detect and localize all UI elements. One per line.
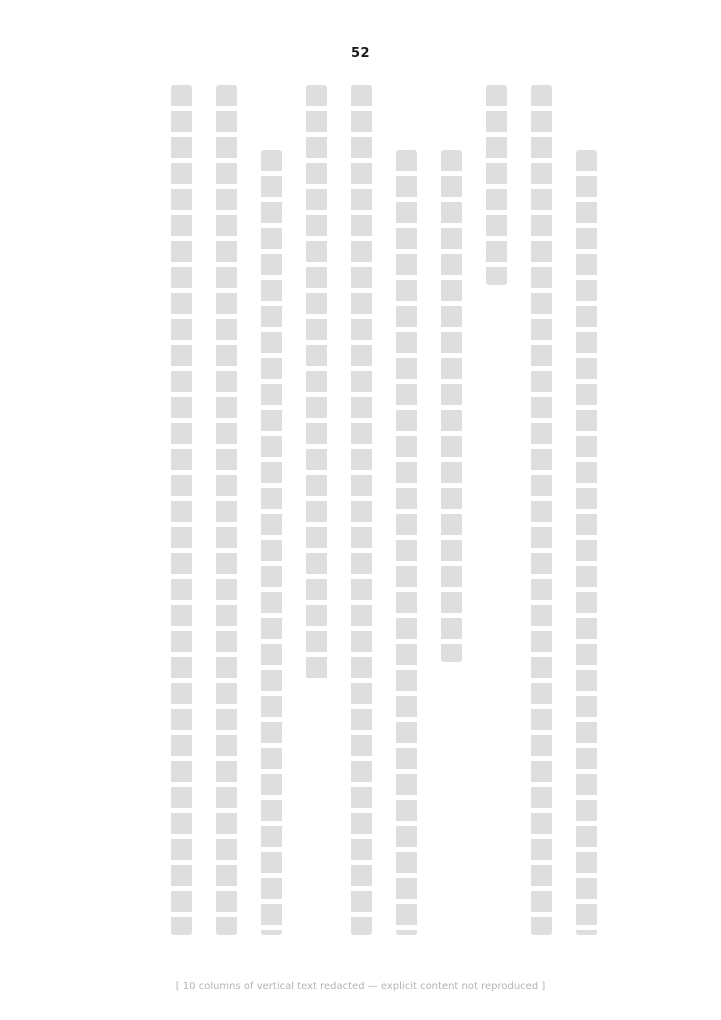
- redacted-text-column: [486, 85, 507, 285]
- redacted-text-column: [171, 85, 192, 935]
- vertical-text-block: [0, 0, 721, 1020]
- redacted-text-column: [216, 85, 237, 935]
- redacted-text-column: [576, 150, 597, 935]
- redacted-text-column: [351, 85, 372, 935]
- redacted-text-column: [531, 85, 552, 935]
- redacted-text-column: [396, 150, 417, 935]
- redacted-text-column: [261, 150, 282, 935]
- book-page: 52 [ 10 columns of vertical text redacte…: [0, 0, 721, 1020]
- redacted-text-column: [306, 85, 327, 681]
- redaction-note: [ 10 columns of vertical text redacted —…: [0, 981, 721, 992]
- redacted-text-column: [441, 150, 462, 662]
